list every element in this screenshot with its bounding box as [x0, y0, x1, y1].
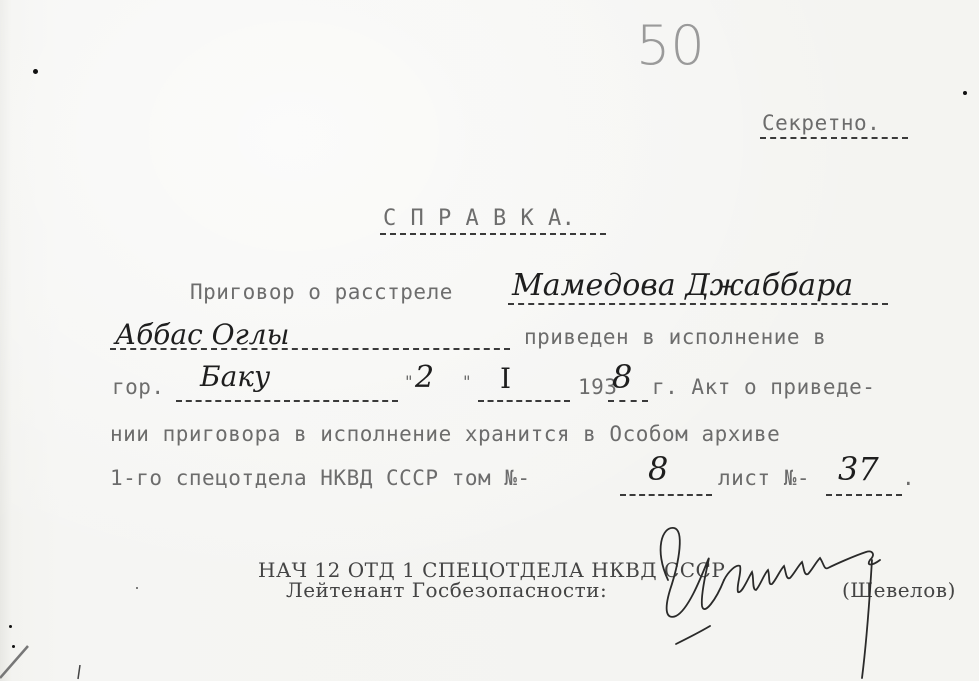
date-quote-open: ": [404, 372, 414, 391]
executed-text: приведен в исполнение в: [524, 325, 826, 349]
classification-label: Секретно.: [762, 111, 880, 135]
act-text: г. Акт о приведе-: [652, 375, 875, 399]
subject-name-handwritten: Мамедова Джаббара: [512, 268, 853, 303]
city-handwritten: Баку: [200, 360, 270, 393]
city-label: гор.: [112, 375, 165, 399]
volume-handwritten: 8: [648, 450, 668, 488]
city-underline: [176, 400, 398, 402]
document-title: С П Р А В К А.: [383, 206, 575, 231]
volume-underline: [620, 494, 712, 496]
year-underline: [608, 400, 648, 402]
pencil-stroke-mark: [0, 640, 40, 680]
sheet-label: лист №-: [718, 466, 810, 490]
pencil-page-number: 50: [636, 14, 705, 77]
speck: [963, 91, 967, 95]
sentence-prefix: Приговор о расстреле: [190, 280, 453, 304]
title-underline: [380, 233, 606, 235]
archive-text: нии приговора в исполнение хранится в Ос…: [110, 422, 780, 446]
speck: [33, 69, 38, 74]
classification-underline: [760, 137, 908, 139]
sheet-handwritten: 37: [838, 450, 879, 488]
date-day-handwritten: 2: [415, 360, 434, 395]
patronymic-underline: [110, 348, 510, 350]
month-underline: [478, 400, 570, 402]
handwritten-signature: [640, 520, 940, 681]
sheet-period: .: [902, 466, 915, 490]
sheet-underline: [826, 494, 902, 496]
speck: [9, 625, 12, 628]
department-text: 1-го спецотдела НКВД СССР том №-: [110, 466, 531, 490]
subject-patronymic-handwritten: Аббас Оглы: [115, 318, 289, 351]
subject-name-underline: [508, 303, 888, 305]
pen-mark: [72, 665, 84, 681]
rank-line: Лейтенант Госбезопасности:: [286, 578, 607, 602]
date-month-handwritten: I: [500, 362, 511, 395]
speck: [136, 587, 138, 589]
date-quote-close: ": [462, 372, 472, 391]
document-page: 50 Секретно. С П Р А В К А. Приговор о р…: [0, 0, 979, 681]
year-suffix-handwritten: 8: [612, 358, 632, 396]
